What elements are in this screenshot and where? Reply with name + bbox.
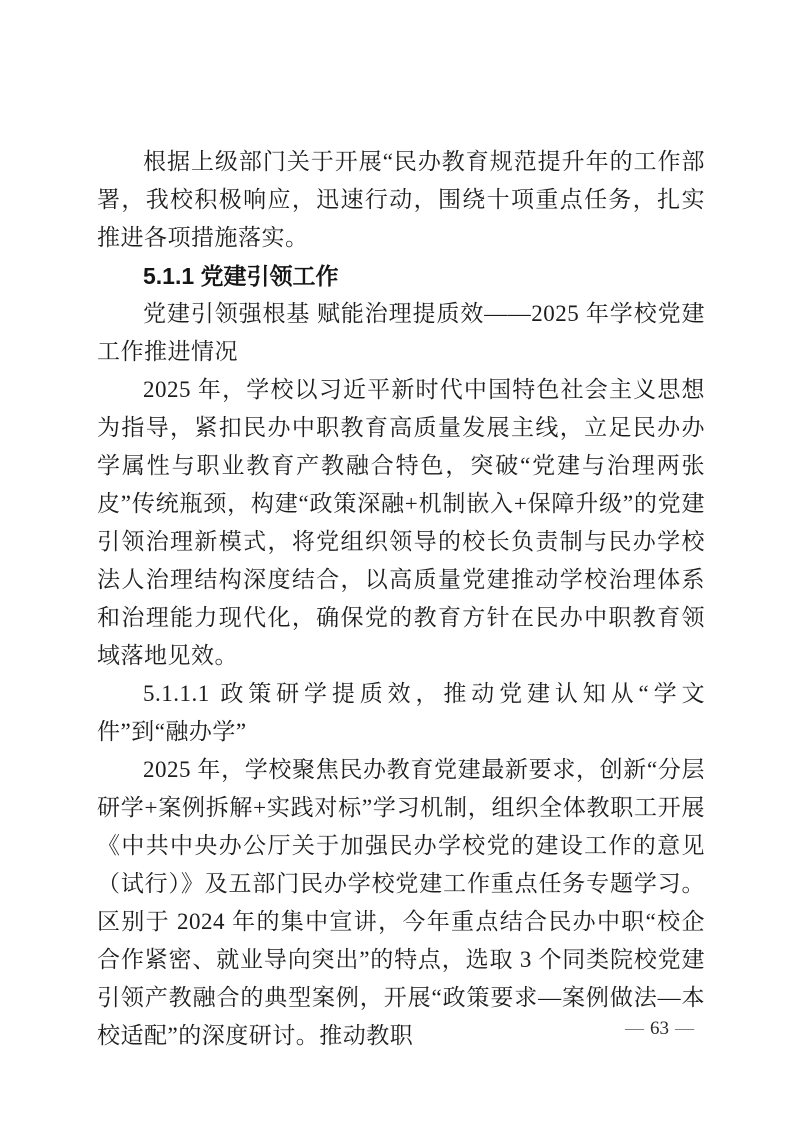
page-content: 根据上级部门关于开展“民办教育规范提升年的工作部署，我校积极响应，迅速行动，围绕… (97, 143, 705, 1055)
document-page: 根据上级部门关于开展“民办教育规范提升年的工作部署，我校积极响应，迅速行动，围绕… (0, 0, 800, 1131)
section-heading-5-1-1: 5.1.1 党建引领工作 (97, 257, 705, 295)
intro-paragraph: 根据上级部门关于开展“民办教育规范提升年的工作部署，我校积极响应，迅速行动，围绕… (97, 143, 705, 257)
subsection-heading-5-1-1-1: 5.1.1.1 政策研学提质效，推动党建认知从“学文件”到“融办学” (97, 675, 705, 751)
subtitle-paragraph: 党建引领强根基 赋能治理提质效——2025 年学校党建工作推进情况 (97, 295, 705, 371)
page-number: 63 (650, 1018, 669, 1039)
page-footer: —63— (619, 1016, 700, 1042)
footer-dash-left: — (619, 1018, 650, 1039)
footer-dash-right: — (669, 1018, 700, 1039)
body-paragraph-1: 2025 年，学校以习近平新时代中国特色社会主义思想为指导，紧扣民办中职教育高质… (97, 371, 705, 675)
body-paragraph-2: 2025 年，学校聚焦民办教育党建最新要求，创新“分层研学+案例拆解+实践对标”… (97, 751, 705, 1055)
